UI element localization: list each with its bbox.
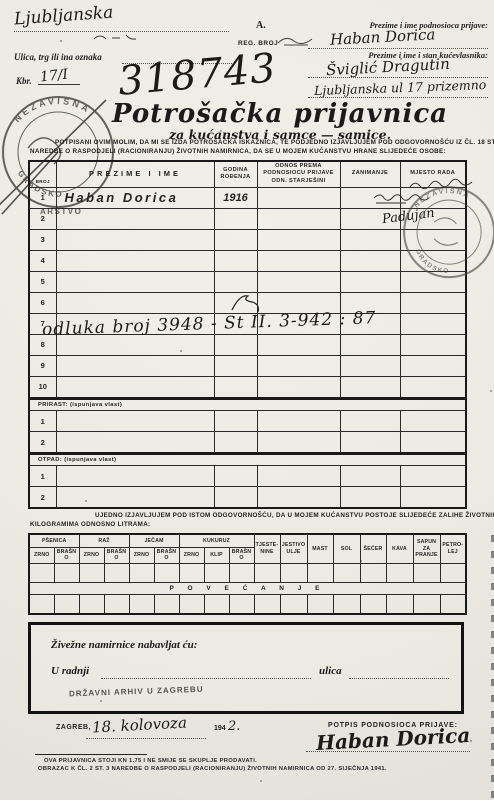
paper-noise bbox=[60, 40, 62, 42]
kbr-handwriting: 17/I bbox=[39, 67, 69, 86]
stamp-text-top: NEZAVISNA bbox=[12, 96, 93, 124]
otpad-row: 1 bbox=[29, 466, 466, 487]
section-letter: A. bbox=[256, 20, 266, 31]
stock-table: PŠENICA RAŽ JEČAM KUKURUZ TJESTE-NINE JE… bbox=[28, 533, 467, 615]
date-line bbox=[86, 737, 206, 739]
svg-text:NEZAVISNA: NEZAVISNA bbox=[412, 179, 472, 221]
col-odnos: ODNOS PREMA PODNOSIOCU PRIJAVE ODN. STAR… bbox=[257, 161, 340, 187]
persons-header-row: BROJ PREZIME I IME GODINA ROĐENJA ODNOS … bbox=[29, 161, 466, 187]
group-jecam: JEČAM bbox=[129, 534, 179, 547]
form-title: Potrošačka prijavnica bbox=[85, 99, 475, 129]
group-kukuruz: KUKURUZ bbox=[179, 534, 254, 547]
shop-label: U radnji bbox=[51, 665, 89, 677]
shop-line bbox=[101, 677, 311, 679]
intro-line-1: POTPISANI OVIM MOLIM, DA MI SE IZDA POTR… bbox=[55, 139, 475, 146]
col-prezime-ime: PREZIME I IME bbox=[56, 161, 214, 187]
note-separator bbox=[35, 754, 147, 755]
reg-number-handwriting: 318743 bbox=[116, 45, 278, 105]
year-handwriting: 2. bbox=[228, 719, 240, 734]
person-row: 9 bbox=[29, 355, 466, 376]
otpad-table: OTPAD: (ispunjava vlast) 1 2 bbox=[28, 453, 467, 509]
purchase-box: Živežne namirnice nabavljat ću: U radnji… bbox=[28, 622, 464, 714]
svg-text:NEZAVISNA: NEZAVISNA bbox=[12, 96, 93, 124]
col-petrolej: PETRO-LEJ bbox=[440, 534, 466, 563]
col-kava: KAVA bbox=[386, 534, 413, 563]
stock-empty-row bbox=[29, 594, 466, 614]
regulation-note: OBRAZAC K ČL. 2 ST. 3 NAREDBE O RASPODJE… bbox=[38, 766, 387, 772]
person-row: 10 bbox=[29, 376, 466, 398]
street-label: Ulica, trg ili ina oznaka bbox=[14, 52, 102, 62]
prirast-label: PRIRAST: (ispunjava vlast) bbox=[29, 399, 466, 411]
stock-empty-row bbox=[29, 563, 466, 582]
date-handwriting: 18. kolovoza bbox=[92, 714, 188, 737]
district-handwriting: Ljubljanska bbox=[13, 3, 113, 30]
price-note: OVA PRIJAVNICA STOJI KN 1.75 I NE SMIJE … bbox=[44, 758, 257, 764]
declaration-line-2: KILOGRAMIMA ODNOSNO LITRAMA: bbox=[30, 521, 150, 528]
kbr-underline bbox=[38, 84, 80, 85]
col-broj: BROJ bbox=[29, 161, 56, 187]
prirast-row: 1 bbox=[29, 411, 466, 432]
scanned-form-page: Ljubljanska Ulica, trg ili ina oznaka Kb… bbox=[0, 0, 494, 800]
svg-text:GRADSKO: GRADSKO bbox=[410, 247, 454, 277]
group-psenica: PŠENICA bbox=[29, 534, 79, 547]
col-secer: ŠEĆER bbox=[360, 534, 386, 563]
col-godina: GODINA ROĐENJA bbox=[214, 161, 257, 187]
otpad-row: 2 bbox=[29, 487, 466, 509]
povecanje-banner: P O V E Ć A N J E bbox=[29, 582, 466, 594]
col-tjestenine: TJESTE-NINE bbox=[254, 534, 280, 563]
prirast-table: PRIRAST: (ispunjava vlast) 1 2 bbox=[28, 398, 467, 454]
col-jestivo-ulje: JESTIVO ULJE bbox=[280, 534, 307, 563]
declaration-line-1: UJEDNO IZJAVLJUJEM POD ISTOM ODGOVORNOŠĆ… bbox=[95, 512, 494, 519]
archive-stamp-text: DRŽAVNI ARHIV U ZAGREBU bbox=[69, 685, 204, 699]
group-raz: RAŽ bbox=[79, 534, 129, 547]
purchase-intro: Živežne namirnice nabavljat ću: bbox=[51, 639, 197, 651]
signature-line bbox=[306, 750, 470, 752]
ulica-label: ulica bbox=[319, 665, 342, 677]
col-mast: MAST bbox=[307, 534, 333, 563]
prirast-row: 2 bbox=[29, 432, 466, 454]
city-label: ZAGREB, bbox=[56, 724, 91, 731]
year-printed: 194 bbox=[214, 725, 226, 732]
applicant-line bbox=[308, 47, 488, 49]
reg-broj-scribble bbox=[276, 33, 316, 47]
person-name-cell: Haban Dorica bbox=[56, 187, 214, 208]
workplace-stamp-text-bottom: GRADSKO bbox=[410, 247, 454, 277]
col-sol: SOL bbox=[333, 534, 360, 563]
small-scribble bbox=[92, 32, 142, 44]
col-sapun: SAPUN ZA PRANJE bbox=[413, 534, 440, 563]
col-zanimanje: ZANIMANJE bbox=[340, 161, 400, 187]
kbr-label: Kbr. bbox=[16, 76, 32, 86]
person-year-cell: 1916 bbox=[214, 187, 257, 208]
intro-line-2: NAREDBE O RASPODJELI (RACIONIRANJU) ŽIVO… bbox=[30, 148, 470, 155]
ulica-line bbox=[349, 677, 449, 679]
owner-address-handwriting: Ljubljanska ul 17 prizemno bbox=[314, 77, 487, 98]
owner-address-line bbox=[308, 96, 488, 98]
workplace-stamp-text-top: NEZAVISNA bbox=[412, 179, 472, 221]
otpad-label: OTPAD: (ispunjava vlast) bbox=[29, 454, 466, 466]
